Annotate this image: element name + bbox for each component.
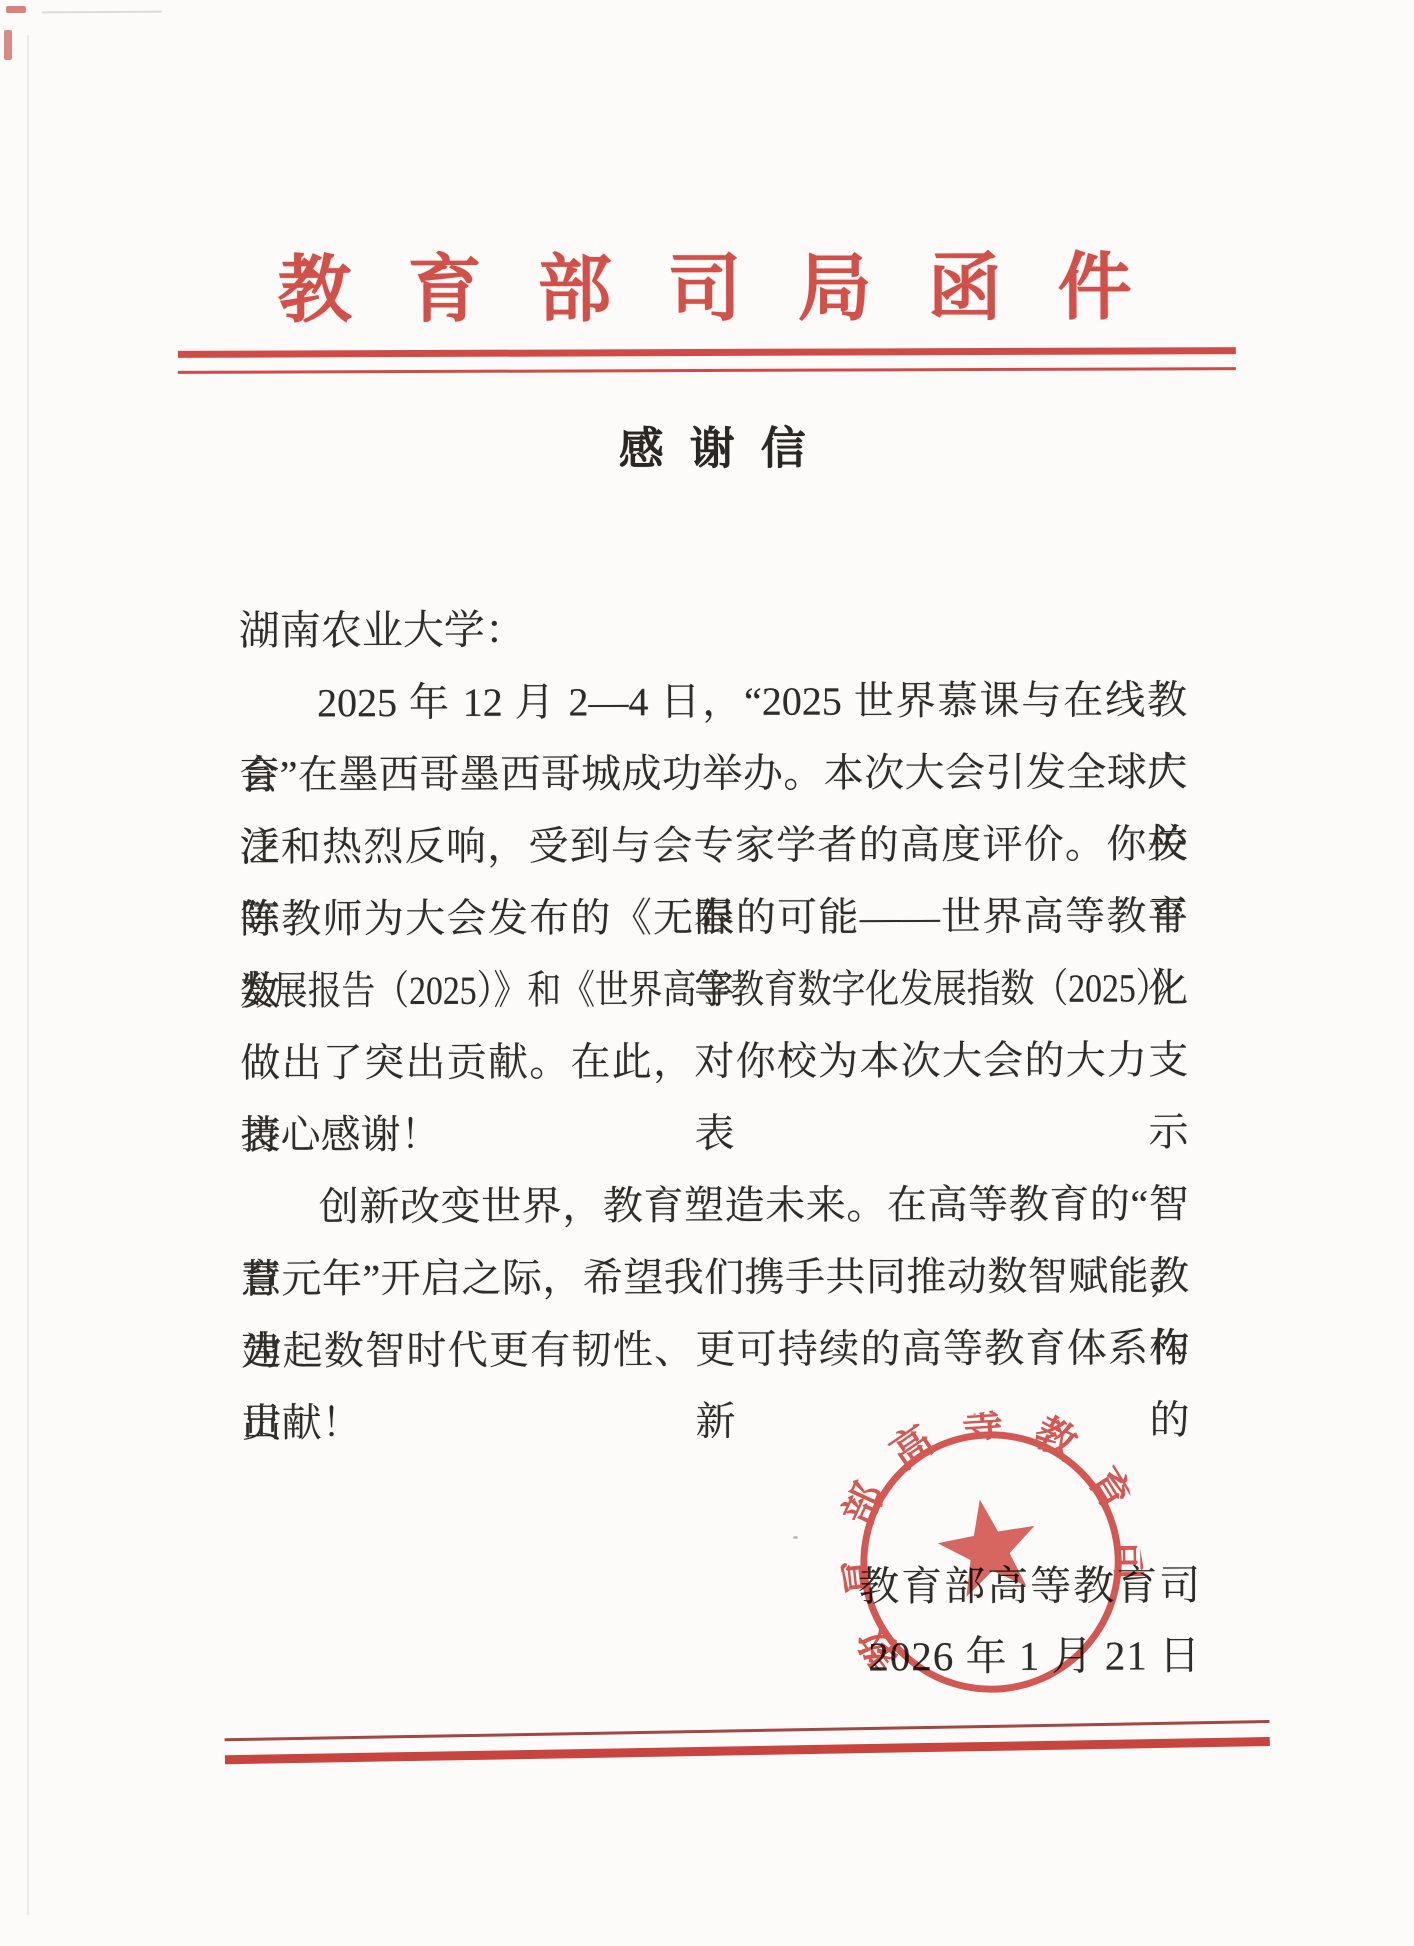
footer-divider [225, 1720, 1270, 1764]
body-line: 建起数智时代更有韧性、更可持续的高等教育体系作出新的 [241, 1312, 1189, 1387]
salutation: 湖南农业大学： [239, 594, 1187, 656]
body-line: 创新改变世界，教育塑造未来。在高等教育的“智慧教 [241, 1168, 1189, 1243]
body-paragraphs: 2025 年 12 月 2—4 日，“2025 世界慕课与在线教育大会”在墨西哥… [239, 664, 1190, 1459]
scanned-letter-page: 教育部司局函件 感谢信 湖南农业大学： 2025 年 12 月 2—4 日，“2… [0, 0, 1414, 1946]
body-line: 注和热烈反响，受到与会专家学者的高度评价。你校陈春平 [239, 808, 1187, 883]
body-line: 发展报告（2025）》和《世界高等教育数字化发展指数（2025）》 [240, 953, 1041, 1028]
letterhead-title: 教育部司局函件 [0, 228, 1412, 339]
document-title: 感谢信 [238, 410, 1186, 478]
body-line: 做出了突出贡献。在此，对你校为本次大会的大力支持表示 [240, 1024, 1188, 1099]
body-line: 2025 年 12 月 2—4 日，“2025 世界慕课与在线教育大 [239, 664, 1187, 739]
body-line: 会”在墨西哥墨西哥城成功举办。本次大会引发全球广泛关 [239, 736, 1187, 811]
official-seal: 教育部高等教育司 [818, 1389, 1164, 1735]
letterhead-divider [178, 347, 1236, 374]
star-icon [931, 1491, 1044, 1600]
body-line: 育元年”开启之际，希望我们携手共同推动数智赋能，为构 [241, 1240, 1189, 1315]
body-line: 等教师为大会发布的《无限的可能——世界高等教育数字化 [240, 880, 1188, 955]
letter-content: 教育部司局函件 感谢信 湖南农业大学： 2025 年 12 月 2—4 日，“2… [0, 0, 1414, 1946]
